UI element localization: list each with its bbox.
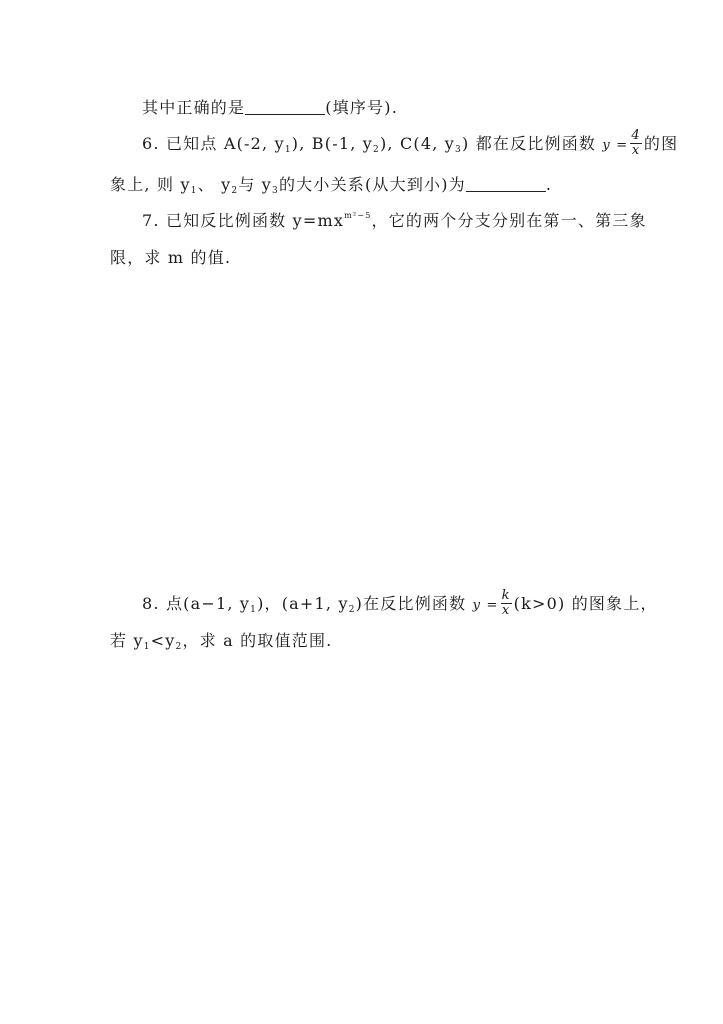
q5-text-after: (填序号).	[325, 98, 398, 117]
q6-text: 、 y	[198, 175, 232, 194]
fraction-4-over-x: 4x	[630, 129, 641, 158]
denominator: x	[632, 144, 641, 158]
q7-text: 限，求 m 的值.	[110, 248, 231, 267]
q5-text-before: 其中正确的是	[142, 98, 245, 117]
q6-text: .	[546, 175, 552, 194]
subscript: 1	[285, 145, 292, 155]
q6-text: 与 y	[238, 175, 272, 194]
q7-line1: 7. 已知反比例函数 y=mxm²−5，它的两个分支分别在第一、第三象	[142, 208, 647, 231]
q6-text: ), B(-1, y	[292, 134, 373, 153]
subscript: 2	[349, 605, 356, 615]
q7-line2: 限，求 m 的值.	[110, 245, 231, 268]
function-y: y =	[602, 138, 628, 153]
answer-blank-q6[interactable]	[466, 175, 546, 192]
q6-line2: 象上, 则 y1、 y2与 y3的大小关系(从大到小)为.	[110, 172, 552, 196]
fraction-k-over-x: kx	[501, 589, 512, 618]
q8-text: ，求 a 的取值范围.	[182, 631, 332, 650]
q6-line1: 6. 已知点 A(-2, y1), B(-1, y2), C(4, y3) 都在…	[142, 130, 678, 159]
q8-text: )，(a+1, y	[257, 594, 349, 613]
q6-number: 6.	[142, 134, 160, 153]
q7-text: ，它的两个分支分别在第一、第三象	[372, 211, 647, 230]
q8-line2: 若 y1<y2，求 a 的取值范围.	[110, 628, 332, 652]
numerator: 4	[630, 129, 641, 144]
q8-text: (k>0) 的图象上，	[514, 594, 658, 613]
subscript: 1	[191, 186, 198, 196]
q6-text: 的大小关系(从大到小)为	[279, 175, 466, 194]
denominator: x	[502, 604, 511, 618]
q8-text: <y	[151, 631, 176, 650]
q6-text: ) 都在反比例函数	[462, 134, 596, 153]
subscript: 1	[144, 642, 151, 652]
q8-line1: 8. 点(a−1, y1)，(a+1, y2)在反比例函数 y =kx(k>0)…	[142, 590, 658, 619]
exponent: m²−5	[344, 211, 371, 220]
q6-text: ), C(4, y	[380, 134, 455, 153]
q7-text: 已知反比例函数 y=mx	[166, 211, 344, 230]
answer-blank-q5[interactable]	[245, 98, 325, 115]
q8-text: )在反比例函数	[356, 594, 467, 613]
subscript: 3	[455, 145, 462, 155]
q6-text: 象上, 则 y	[110, 175, 191, 194]
q8-text: 若 y	[110, 631, 144, 650]
q7-number: 7.	[142, 211, 160, 230]
function-y: y =	[473, 598, 499, 613]
q5-answer-line: 其中正确的是(填序号).	[142, 95, 398, 118]
subscript: 2	[373, 145, 380, 155]
q6-text: 已知点 A(-2, y	[166, 134, 285, 153]
q8-number: 8.	[142, 594, 160, 613]
q8-text: 点(a−1, y	[166, 594, 250, 613]
q6-text: 的图	[644, 134, 678, 153]
subscript: 3	[272, 186, 279, 196]
numerator: k	[501, 589, 512, 604]
